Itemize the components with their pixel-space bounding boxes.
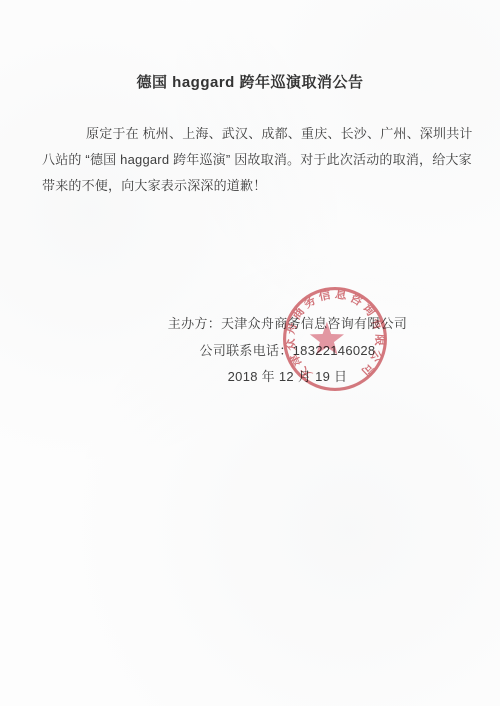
announcement-body: 原定于在 杭州、上海、武汉、成都、重庆、长沙、广州、深圳共计 八站的 “德国 h… bbox=[42, 121, 470, 199]
scanned-announcement-page: 德国 haggard 跨年巡演取消公告 原定于在 杭州、上海、武汉、成都、重庆、… bbox=[0, 0, 500, 706]
phone-line: 公司联系电话：18322146028 bbox=[100, 338, 475, 365]
organizer-line: 主办方：天津众舟商务信息咨询有限公司 bbox=[100, 311, 475, 338]
date-line: 2018 年 12 月 19 日 bbox=[100, 364, 475, 391]
body-line-2: 八站的 “德国 haggard 跨年巡演” 因故取消。对于此次活动的取消，给大家 bbox=[42, 147, 470, 173]
announcement-title: 德国 haggard 跨年巡演取消公告 bbox=[0, 71, 500, 92]
body-line-3: 带来的不便，向大家表示深深的道歉！ bbox=[42, 173, 470, 199]
signature-block: 主办方：天津众舟商务信息咨询有限公司 公司联系电话：18322146028 20… bbox=[100, 311, 475, 391]
body-line-1: 原定于在 杭州、上海、武汉、成都、重庆、长沙、广州、深圳共计 bbox=[42, 121, 470, 147]
